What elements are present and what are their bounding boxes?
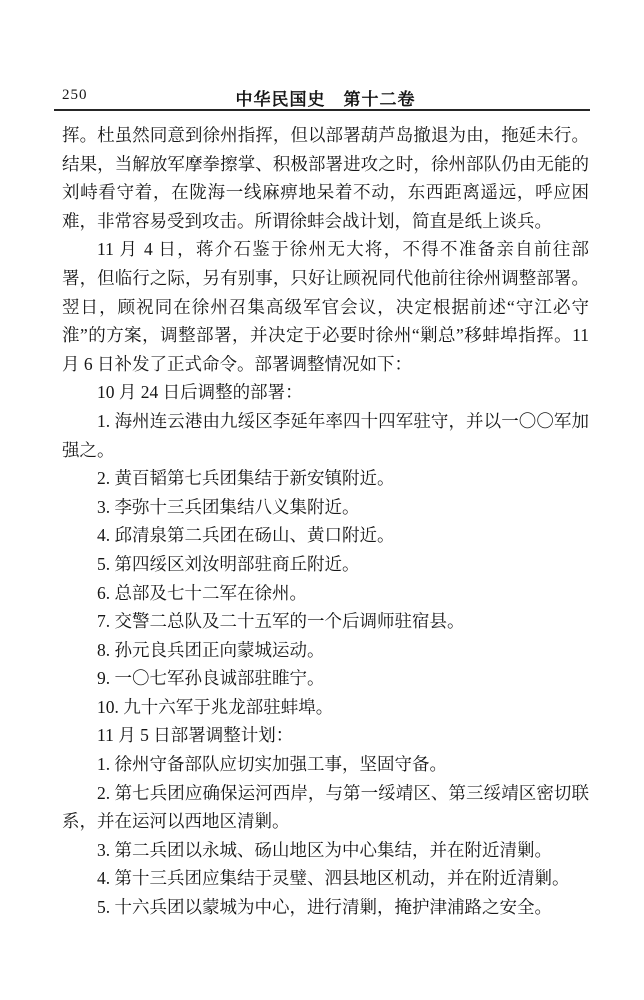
header-rule bbox=[54, 109, 590, 111]
paragraph: 1. 徐州守备部队应切实加强工事，坚固守备。 bbox=[62, 750, 589, 779]
running-title: 中华民国史 第十二卷 bbox=[62, 85, 589, 110]
paragraph: 2. 黄百韬第七兵团集结于新安镇附近。 bbox=[62, 464, 589, 493]
paragraph: 4. 第十三兵团应集结于灵璧、泗县地区机动，并在附近清剿。 bbox=[62, 864, 589, 893]
page-header: 250 中华民国史 第十二卷 bbox=[62, 85, 589, 107]
book-page: 250 中华民国史 第十二卷 挥。杜虽然同意到徐州指挥，但以部署葫芦岛撤退为由，… bbox=[0, 0, 644, 1000]
page-body: 挥。杜虽然同意到徐州指挥，但以部署葫芦岛撤退为由，拖延未行。结果，当解放军摩拳擦… bbox=[62, 121, 589, 922]
paragraph: 11 月 5 日部署调整计划： bbox=[62, 721, 589, 750]
paragraph: 2. 第七兵团应确保运河西岸，与第一绥靖区、第三绥靖区密切联系，并在运河以西地区… bbox=[62, 779, 589, 836]
paragraph: 10 月 24 日后调整的部署： bbox=[62, 378, 589, 407]
paragraph: 3. 第二兵团以永城、砀山地区为中心集结，并在附近清剿。 bbox=[62, 836, 589, 865]
paragraph: 5. 十六兵团以蒙城为中心，进行清剿，掩护津浦路之安全。 bbox=[62, 893, 589, 922]
paragraph: 11 月 4 日，蒋介石鉴于徐州无大将，不得不准备亲自前往部署，但临行之际，另有… bbox=[62, 235, 589, 378]
paragraph: 1. 海州连云港由九绥区李延年率四十四军驻守，并以一〇〇军加强之。 bbox=[62, 407, 589, 464]
paragraph: 10. 九十六军于兆龙部驻蚌埠。 bbox=[62, 693, 589, 722]
paragraph: 挥。杜虽然同意到徐州指挥，但以部署葫芦岛撤退为由，拖延未行。结果，当解放军摩拳擦… bbox=[62, 121, 589, 235]
paragraph: 9. 一〇七军孙良诚部驻睢宁。 bbox=[62, 664, 589, 693]
paragraph: 4. 邱清泉第二兵团在砀山、黄口附近。 bbox=[62, 521, 589, 550]
paragraph: 7. 交警二总队及二十五军的一个后调师驻宿县。 bbox=[62, 607, 589, 636]
paragraph: 6. 总部及七十二军在徐州。 bbox=[62, 579, 589, 608]
paragraph: 8. 孙元良兵团正向蒙城运动。 bbox=[62, 636, 589, 665]
paragraph: 3. 李弥十三兵团集结八义集附近。 bbox=[62, 493, 589, 522]
paragraph: 5. 第四绥区刘汝明部驻商丘附近。 bbox=[62, 550, 589, 579]
